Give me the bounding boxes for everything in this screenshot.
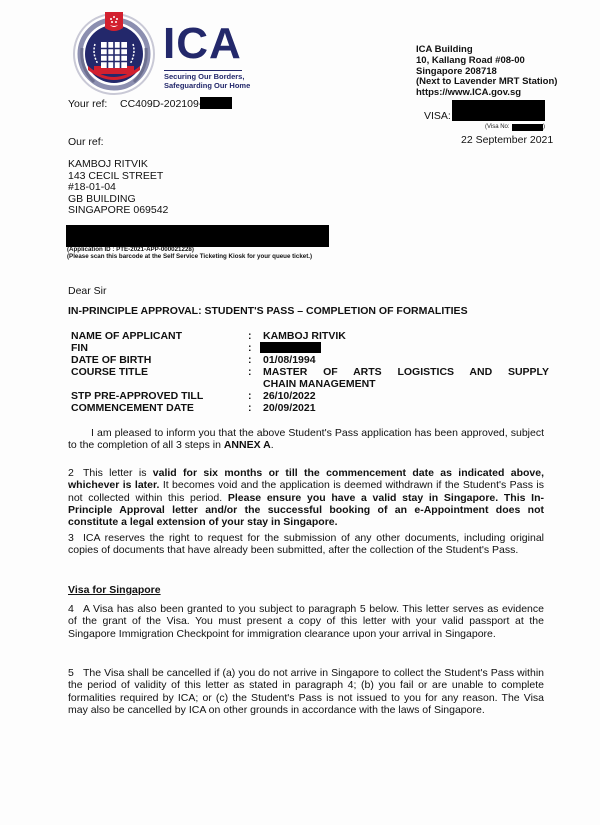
your-ref-redaction [200, 97, 232, 109]
paragraph-number: 3 [68, 532, 83, 544]
details-row: NAME OF APPLICANT : KAMBOJ RITVIK [71, 330, 549, 342]
salutation: Dear Sir [68, 285, 107, 297]
barcode-instruction: (Please scan this barcode at the Self Se… [67, 253, 312, 260]
paragraph-number: 4 [68, 603, 83, 615]
course-title-line-1: MASTER OF ARTS LOGISTICS AND SUPPLY [263, 366, 549, 378]
address-line: 10, Kallang Road #08-00 [416, 56, 557, 67]
paragraph-number: 2 [68, 467, 83, 479]
detail-label: NAME OF APPLICANT [71, 330, 248, 342]
paragraph-3: 3ICA reserves the right to request for t… [68, 532, 544, 557]
detail-label: FIN [71, 342, 248, 354]
details-table: NAME OF APPLICANT : KAMBOJ RITVIK FIN : … [71, 330, 549, 414]
visa-number-close: ) [543, 124, 545, 130]
p2-text-a: This letter is [83, 467, 153, 479]
details-row: STP PRE-APPROVED TILL : 26/10/2022 [71, 390, 549, 402]
recipient-address: KAMBOJ RITVIK 143 CECIL STREET #18-01-04… [68, 159, 168, 217]
p1-end: . [271, 439, 274, 451]
your-ref-label: Your ref: [68, 98, 107, 110]
visa-number-redaction [512, 124, 543, 131]
detail-label: COURSE TITLE [71, 366, 248, 390]
detail-value [263, 342, 549, 354]
p4-text: A Visa has also been granted to you subj… [68, 603, 544, 640]
p3-text: ICA reserves the right to request for th… [68, 532, 544, 556]
letter-subject: IN-PRINCIPLE APPROVAL: STUDENT'S PASS – … [68, 305, 468, 317]
detail-label: COMMENCEMENT DATE [71, 402, 248, 414]
barcode-redaction [66, 225, 329, 247]
visa-number-label: (Visa No: [485, 124, 510, 130]
detail-value: 20/09/2021 [263, 402, 549, 414]
course-title-line-2: CHAIN MANAGEMENT [263, 378, 376, 390]
recipient-line: #18-01-04 [68, 182, 168, 194]
details-row: COMMENCEMENT DATE : 20/09/2021 [71, 402, 549, 414]
recipient-line: KAMBOJ RITVIK [68, 159, 168, 171]
detail-separator: : [248, 402, 263, 414]
website-link[interactable]: https://www.ICA.gov.sg [416, 88, 557, 99]
paragraph-2: 2This letter is valid for six months or … [68, 467, 544, 528]
your-ref-value: CC409D-202109- [120, 98, 202, 110]
detail-label: DATE OF BIRTH [71, 354, 248, 366]
detail-value: MASTER OF ARTS LOGISTICS AND SUPPLY CHAI… [263, 366, 549, 390]
visa-label: VISA: [424, 110, 451, 122]
detail-separator: : [248, 354, 263, 366]
details-row: COURSE TITLE : MASTER OF ARTS LOGISTICS … [71, 366, 549, 390]
ica-tagline: Securing Our Borders, Safeguarding Our H… [164, 72, 250, 90]
visa-section-heading: Visa for Singapore [68, 584, 161, 596]
application-id-note: (Application ID : PTE-2021-APP-000021228… [67, 246, 312, 261]
details-row: DATE OF BIRTH : 01/08/1994 [71, 354, 549, 366]
application-id: (Application ID : PTE-2021-APP-000021228… [67, 246, 312, 253]
detail-separator: : [248, 390, 263, 402]
our-ref-label: Our ref: [68, 136, 104, 148]
paragraph-4: 4A Visa has also been granted to you sub… [68, 603, 544, 640]
recipient-line: SINGAPORE 069542 [68, 205, 168, 217]
detail-value: KAMBOJ RITVIK [263, 330, 549, 342]
tagline-line-1: Securing Our Borders, [164, 72, 250, 81]
paragraph-1: I am pleased to inform you that the abov… [68, 427, 544, 452]
crest-icon [70, 8, 158, 96]
sender-address: ICA Building 10, Kallang Road #08-00 Sin… [416, 45, 557, 99]
ica-emblem-logo [70, 8, 158, 96]
p5-text: The Visa shall be cancelled if (a) you d… [68, 667, 544, 716]
p1-annex-ref: ANNEX A [224, 439, 271, 451]
detail-value: 01/08/1994 [263, 354, 549, 366]
fin-redaction [260, 342, 321, 353]
detail-label: STP PRE-APPROVED TILL [71, 390, 248, 402]
detail-value: 26/10/2022 [263, 390, 549, 402]
paragraph-number: 5 [68, 667, 83, 679]
visa-redaction [452, 100, 545, 121]
wordmark-divider [164, 70, 242, 71]
details-row: FIN : [71, 342, 549, 354]
tagline-line-2: Safeguarding Our Home [164, 81, 250, 90]
applicant-details: NAME OF APPLICANT : KAMBOJ RITVIK FIN : … [71, 330, 549, 414]
detail-separator: : [248, 330, 263, 342]
letter-date: 22 September 2021 [461, 134, 553, 146]
detail-separator: : [248, 366, 263, 390]
p1-text: I am pleased to inform you that the abov… [68, 427, 544, 451]
paragraph-5: 5The Visa shall be cancelled if (a) you … [68, 667, 544, 716]
ica-wordmark: ICA [163, 22, 242, 66]
